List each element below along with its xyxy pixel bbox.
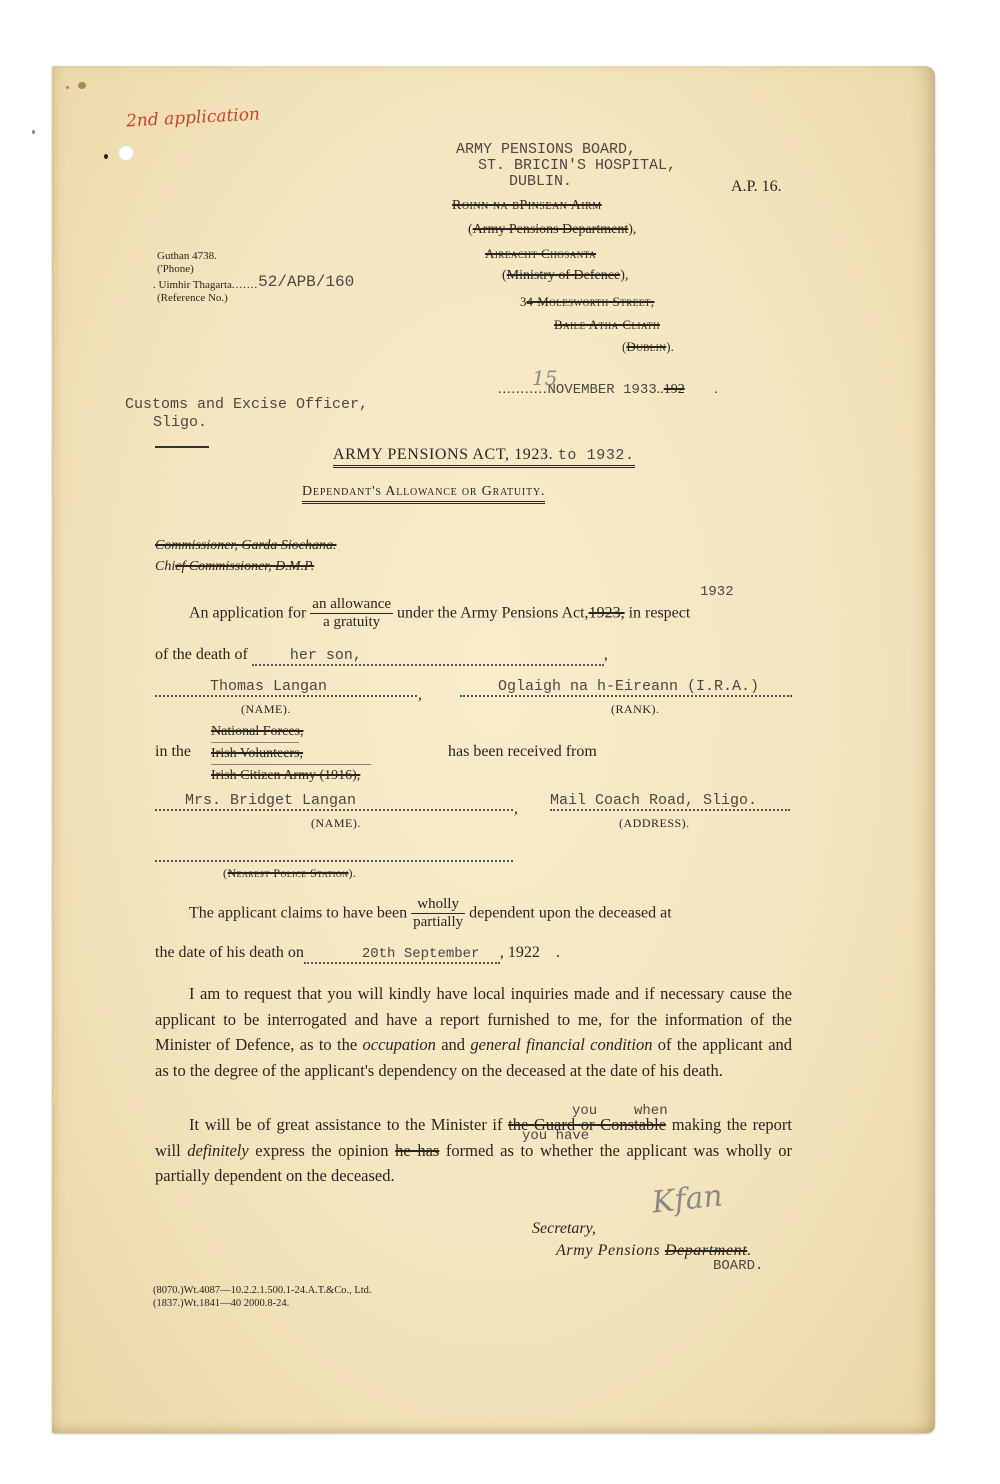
stain-mark (66, 86, 69, 89)
stain-mark (78, 82, 86, 89)
board-line: DUBLIN. (456, 174, 676, 190)
applicant-name-label: (NAME). (311, 816, 361, 831)
struck-line-irish-city: Baile Atha Cliath (554, 317, 660, 333)
dependency-line: The applicant claims to have been wholly… (189, 896, 672, 932)
struck-line-ministry: (Ministry of Defence), (502, 268, 628, 284)
form-number: A.P. 16. (731, 178, 782, 196)
death-date-value: 20th September (304, 946, 480, 962)
deceased-name-field: Thomas Langan (155, 678, 417, 697)
struck-addressee: Chief Commissioner, D.M.P. (155, 559, 314, 575)
police-station-label: (Nearest Police Station). (223, 866, 357, 881)
struck-addressee: Commissioner, Garda Siochana. (155, 538, 337, 554)
struck-line-irish-dept: Roinn na bPinsean Airm (452, 198, 602, 214)
signature-board: BOARD. (713, 1258, 763, 1274)
application-line: An application for an allowancea gratuit… (189, 596, 690, 632)
punch-hole (118, 145, 134, 161)
request-paragraph: I am to request that you will kindly hav… (155, 981, 792, 1083)
title-act: ARMY PENSIONS ACT, 1923. to 1932. (333, 446, 635, 464)
title-subtitle: Dependant's Allowance or Gratuity. (302, 484, 545, 500)
received-from-label: has been received from (448, 743, 597, 761)
forces-options: National Forces, Irish Volunteers, Irish… (211, 721, 371, 786)
recipient-block: Customs and Excise Officer, Sligo. (125, 396, 368, 432)
inserted-year: 1932 (700, 584, 734, 600)
death-date-line: the date of his death on20th September, … (155, 944, 560, 964)
death-of-line: of the death of her son,, (155, 646, 608, 666)
recipient-line1: Customs and Excise Officer, (125, 396, 368, 414)
option-gratuity: a gratuity (310, 614, 393, 631)
option-partially: partially (411, 914, 465, 931)
deceased-rank-label: (RANK). (611, 702, 660, 717)
option-allowance: an allowance (310, 596, 393, 614)
letterhead-board: ARMY PENSIONS BOARD, ST. BRICIN'S HOSPIT… (456, 142, 676, 190)
signature: Kfan (650, 1178, 724, 1220)
applicant-address-field: Mail Coach Road, Sligo. (550, 792, 790, 811)
signature-title: Secretary, (532, 1220, 596, 1238)
stain-mark (32, 130, 35, 134)
in-the-label: in the (155, 743, 191, 761)
deceased-name-label: (NAME). (241, 702, 291, 717)
death-of-value: her son, (252, 647, 362, 664)
reference-label: Uimhir Thagarta (159, 279, 232, 291)
reference-block: . Uimhir Thagarta.......52/APB/160 (Refe… (153, 278, 354, 305)
ink-dot (104, 154, 108, 159)
deceased-rank-field: Oglaigh na h-Eireann (I.R.A.) (460, 678, 792, 697)
reference-value: 52/APB/160 (258, 273, 354, 291)
recipient-line2: Sligo. (125, 414, 368, 432)
divider-rule (155, 446, 209, 448)
applicant-name-field: Mrs. Bridget Langan (155, 792, 513, 811)
struck-line-dept: (Army Pensions Department), (468, 222, 636, 238)
struck-line-city: (Dublin). (622, 339, 674, 355)
phone-label: Guthan 4738. (157, 250, 217, 263)
phone-block: Guthan 4738. ('Phone) (157, 250, 217, 276)
reference-label-en: (Reference No.) (153, 292, 354, 305)
struck-line-irish-ministry: Aireacht Chosanta (485, 246, 596, 262)
date-line: ...........NOVEMBER 1933..192 . (498, 382, 718, 398)
board-line: ST. BRICIN'S HOSPITAL, (456, 158, 676, 174)
assistance-paragraph: It will be of great assistance to the Mi… (155, 1112, 792, 1189)
applicant-address-label: (ADDRESS). (619, 816, 690, 831)
phone-label-en: ('Phone) (157, 263, 217, 276)
print-footer: (8070.)Wt.4087—10.2.2.1.500.1-24.A.T.&Co… (153, 1284, 372, 1310)
struck-line-street: 34 Molesworth Street, (520, 294, 655, 310)
board-line: ARMY PENSIONS BOARD, (456, 142, 676, 158)
police-station-field[interactable] (155, 852, 513, 862)
date-day-handwritten: 15 (532, 366, 557, 390)
date-struck-prefix: 192 (664, 382, 685, 397)
option-wholly: wholly (411, 896, 465, 914)
death-date-year: , 1922 (500, 944, 540, 961)
date-month-year: NOVEMBER 1933 (548, 382, 657, 398)
